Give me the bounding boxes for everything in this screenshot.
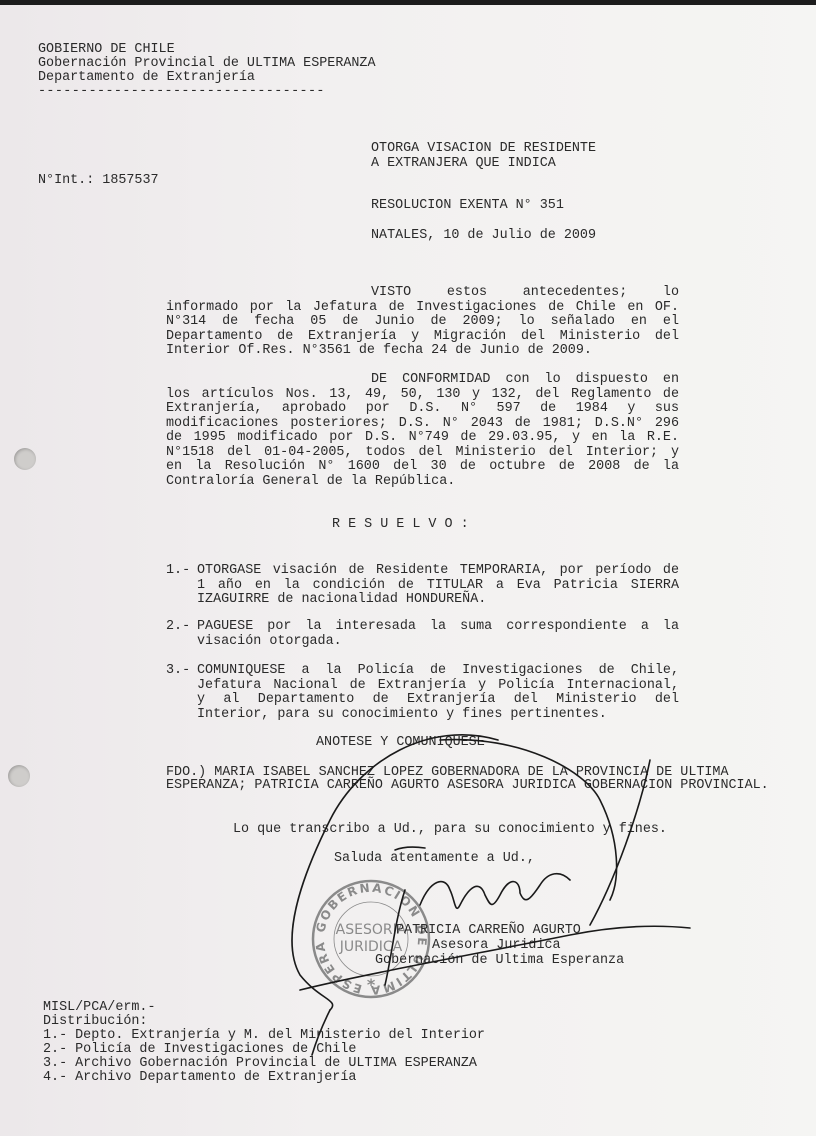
conformidad-paragraph: DE CONFORMIDAD con lo dispuesto en los a…	[166, 373, 679, 489]
svg-text:*: *	[367, 975, 376, 994]
subject-line-1: OTORGA VISACION DE RESIDENTE	[371, 142, 596, 157]
punch-hole-top	[14, 448, 36, 470]
item-2-text: PAGUESE por la interesada la suma corres…	[197, 620, 679, 649]
item-3-number: 3.-	[166, 664, 190, 679]
visto-paragraph: VISTO estos antecedentes; lo informado p…	[166, 286, 679, 359]
distribution-item: 4.- Archivo Departamento de Extranjería	[43, 1071, 356, 1086]
legal-advisory-stamp: GOBERNACION DE ULTIMA ESPERANZA ASESORIA…	[310, 878, 432, 1000]
item-3-text: COMUNIQUESE a la Policía de Investigacio…	[197, 664, 679, 722]
fdo-line-2: ESPERANZA; PATRICIA CARREÑO AGURTO ASESO…	[166, 779, 769, 794]
anotese-line: ANOTESE Y COMUNIQUESE	[316, 736, 485, 751]
transcribo-line: Lo que transcribo a Ud., para su conocim…	[233, 823, 667, 838]
signatory-name: PATRICIA CARREÑO AGURTO	[396, 924, 581, 939]
signatory-office: Gobernación de Ultima Esperanza	[375, 954, 624, 969]
item-2-number: 2.-	[166, 620, 190, 635]
scan-top-edge	[0, 0, 816, 5]
item-1-text: OTORGASE visación de Residente TEMPORARI…	[197, 564, 679, 608]
place-date: NATALES, 10 de Julio de 2009	[371, 229, 596, 244]
header-rule: ----------------------------------	[38, 85, 325, 100]
saluda-line: Saluda atentamente a Ud.,	[334, 852, 535, 867]
resuelvo-heading: R E S U E L V O :	[332, 518, 469, 533]
subject-line-2: A EXTRANJERA QUE INDICA	[371, 157, 556, 172]
internal-number: N°Int.: 1857537	[38, 174, 159, 189]
resolution-number: RESOLUCION EXENTA N° 351	[371, 199, 564, 214]
signatory-title: Asesora Juridica	[432, 939, 561, 954]
punch-hole-bottom	[8, 765, 30, 787]
item-1-number: 1.-	[166, 564, 190, 579]
